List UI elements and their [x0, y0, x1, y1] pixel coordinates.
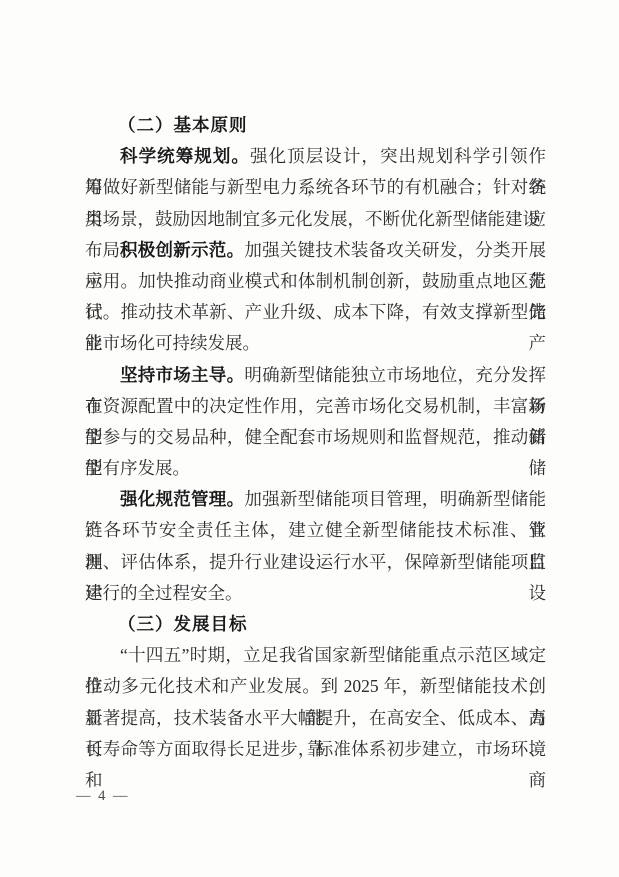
- page-number: — 4 —: [76, 788, 130, 805]
- paragraph-line: 长寿命等方面取得长足进步，标准体系初步建立，市场环境和商: [85, 734, 546, 765]
- paragraph-line: 积极创新示范。加强关键技术装备攻关研发，分类开展示范: [85, 235, 546, 266]
- paragraph-line: 推动多元化技术和产业发展。到 2025 年，新型储能技术创新能力: [85, 671, 546, 702]
- paragraph-line: 用场景，鼓励因地制宜多元化发展，不断优化新型储能建设布局。: [85, 204, 546, 235]
- paragraph-lead-bold: 积极创新示范。: [120, 240, 244, 260]
- paragraph-line: 在资源配置中的决定性作用，完善市场化交易机制，丰富新型储: [85, 391, 546, 422]
- paragraph-line: “十四五”时期，立足我省国家新型储能重点示范区域定位，: [85, 640, 546, 671]
- paragraph-line: 科学统筹规划。强化顶层设计，突出规划科学引领作用，统: [85, 141, 546, 172]
- paragraph-line: 应用。加快推动商业模式和体制机制创新，鼓励重点地区先行先: [85, 266, 546, 297]
- document-text-block: （二）基本原则 科学统筹规划。强化顶层设计，突出规划科学引领作用，统 筹做好新型…: [85, 110, 546, 765]
- paragraph-line: 筹做好新型储能与新型电力系统各环节的有机融合；针对各类应: [85, 172, 546, 203]
- paragraph-lead-bold: 坚持市场主导。: [120, 365, 244, 385]
- paragraph-line: 坚持市场主导。明确新型储能独立市场地位，充分发挥市场: [85, 360, 546, 391]
- document-page: （二）基本原则 科学统筹规划。强化顶层设计，突出规划科学引领作用，统 筹做好新型…: [0, 0, 619, 877]
- paragraph-line: 强化规范管理。加强新型储能项目管理，明确新型储能产业: [85, 484, 546, 515]
- paragraph-lead-bold: 强化规范管理。: [120, 489, 244, 509]
- section-heading-development-goals: （三）发展目标: [85, 609, 546, 640]
- paragraph-line: 试。推动技术革新、产业升级、成本下降，有效支撑新型储能产: [85, 297, 546, 328]
- paragraph-line: 能参与的交易品种，健全配套市场规则和监督规范，推动新型储: [85, 422, 546, 453]
- paragraph-lead-bold: 科学统筹规划。: [120, 146, 250, 166]
- paragraph-line: 测、评估体系，提升行业建设运行水平，保障新型储能项目建设: [85, 547, 546, 578]
- section-heading-basic-principles: （二）基本原则: [85, 110, 546, 141]
- paragraph-line: 显著提高，技术装备水平大幅提升，在高安全、低成本、高可靠、: [85, 703, 546, 734]
- paragraph-line: 链各环节安全责任主体，建立健全新型储能技术标准、管理、监: [85, 515, 546, 546]
